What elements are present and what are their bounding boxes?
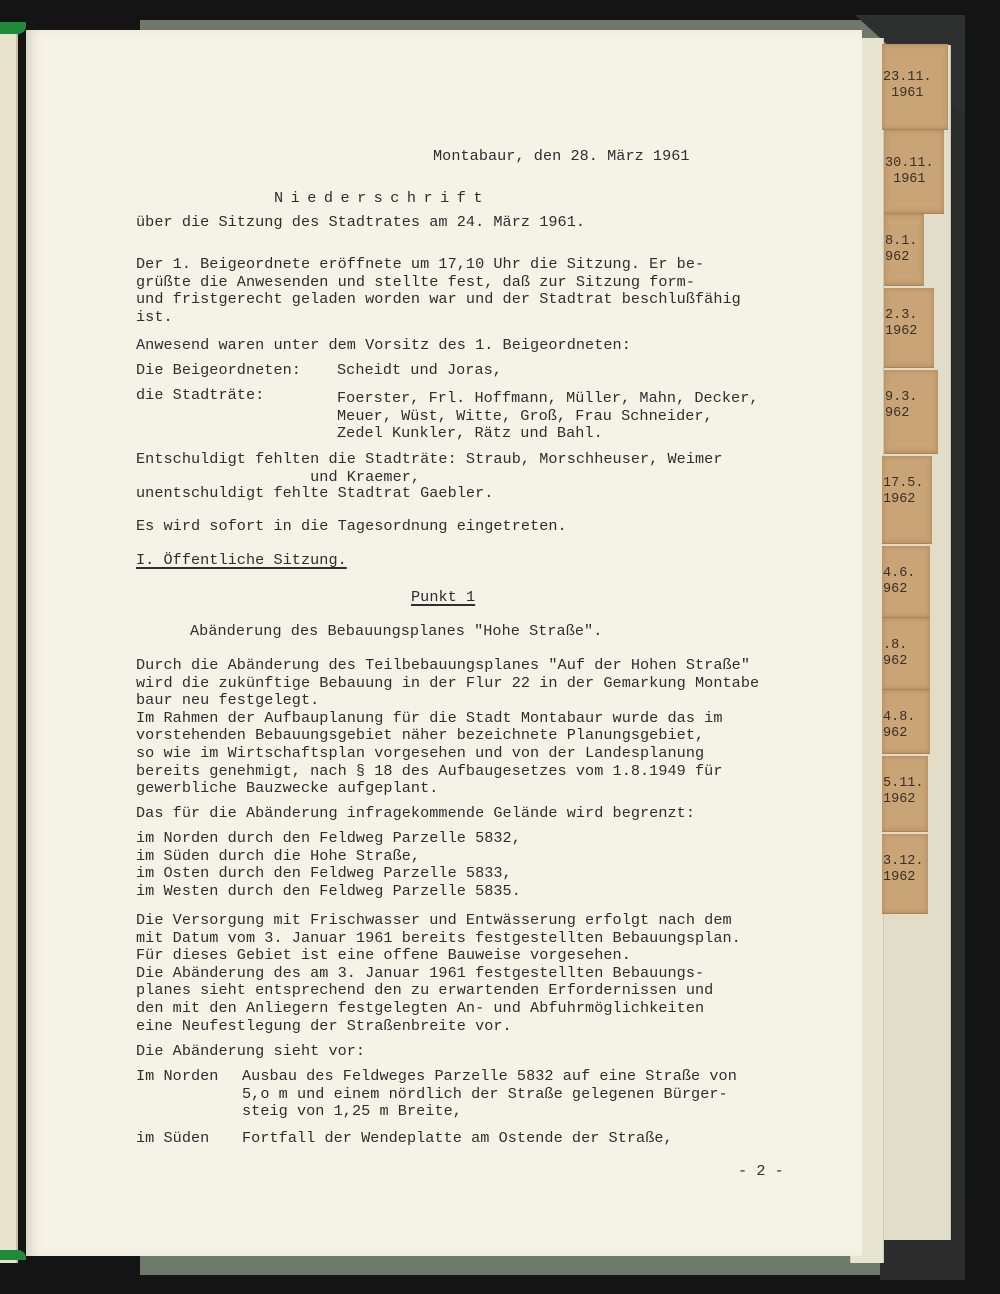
item-title: Abänderung des Bebauungsplanes "Hohe Str… — [190, 623, 602, 641]
tab-year-line: 962 — [883, 582, 930, 598]
place-date: Montabaur, den 28. März 1961 — [433, 148, 690, 166]
deputies-label: Die Beigeordneten: — [136, 362, 301, 380]
date-tab[interactable]: .8.962 — [882, 618, 930, 690]
tab-date-line: 9.3. — [885, 390, 938, 406]
date-tab[interactable]: 23.11. 1961 — [882, 44, 948, 130]
agenda-start: Es wird sofort in die Tagesordnung einge… — [136, 518, 567, 536]
document-title: Niederschrift — [274, 190, 490, 208]
change-text-north: Ausbau des Feldweges Parzelle 5832 auf e… — [242, 1068, 737, 1121]
item-heading: Punkt 1 — [411, 589, 475, 607]
tab-date-line: 23.11. — [883, 70, 948, 86]
date-tab[interactable]: 4.6.962 — [882, 546, 930, 618]
date-tab[interactable]: 5.11.1962 — [882, 756, 928, 832]
date-tab[interactable]: 30.11. 1961 — [884, 130, 944, 214]
change-label-south: im Süden — [136, 1130, 209, 1148]
councillors-label: die Stadträte: — [136, 387, 264, 405]
change-label-north: Im Norden — [136, 1068, 218, 1086]
unexcused: unentschuldigt fehlte Stadtrat Gaebler. — [136, 485, 493, 503]
councillors-list: Foerster, Frl. Hoffmann, Müller, Mahn, D… — [337, 390, 759, 443]
tab-year-line: 1961 — [885, 172, 944, 188]
date-tab[interactable]: 9.3.962 — [884, 370, 938, 454]
deputies-value: Scheidt und Joras, — [337, 362, 502, 380]
date-tab[interactable]: 4.8.962 — [882, 690, 930, 754]
excused-list: Entschuldigt fehlten die Stadträte: Stra… — [136, 451, 723, 486]
left-page-edge — [0, 28, 18, 1263]
tab-date-line: 30.11. — [885, 156, 944, 172]
page-number: - 2 - — [738, 1163, 784, 1181]
change-text-south: Fortfall der Wendeplatte am Ostende der … — [242, 1130, 673, 1148]
paragraph-1: Durch die Abänderung des Teilbebauungspl… — [136, 657, 759, 798]
boundary-intro: Das für die Abänderung infragekommende G… — [136, 805, 695, 823]
date-tab[interactable]: 8.1.962 — [884, 214, 924, 286]
tab-date-line: 8.1. — [885, 234, 924, 250]
date-tab[interactable]: 17.5.1962 — [882, 456, 932, 544]
tab-date-line: 4.6. — [883, 566, 930, 582]
tab-date-line: 2.3. — [885, 308, 934, 324]
date-tab[interactable]: 2.3.1962 — [884, 288, 934, 368]
tab-year-line: 962 — [883, 654, 930, 670]
tab-date-line: 5.11. — [883, 776, 928, 792]
tab-date-line: 4.8. — [883, 710, 930, 726]
tab-year-line: 1961 — [883, 86, 948, 102]
tab-date-line: .8. — [883, 638, 930, 654]
opening-paragraph: Der 1. Beigeordnete eröffnete um 17,10 U… — [136, 256, 741, 326]
tab-year-line: 1962 — [883, 492, 932, 508]
bookmark-ribbon — [0, 1250, 26, 1260]
bookmark-ribbon — [0, 22, 26, 34]
tab-year-line: 1962 — [883, 870, 928, 886]
boundary-list: im Norden durch den Feldweg Parzelle 583… — [136, 830, 521, 900]
present-intro: Anwesend waren unter dem Vorsitz des 1. … — [136, 337, 631, 355]
tab-date-line: 3.12. — [883, 854, 928, 870]
paragraph-2: Die Versorgung mit Frischwasser und Entw… — [136, 912, 741, 1035]
tab-year-line: 962 — [883, 726, 930, 742]
tab-year-line: 1962 — [883, 792, 928, 808]
changes-intro: Die Abänderung sieht vor: — [136, 1043, 365, 1061]
tab-year-line: 962 — [885, 406, 938, 422]
tab-year-line: 962 — [885, 250, 924, 266]
tab-date-line: 17.5. — [883, 476, 932, 492]
tab-year-line: 1962 — [885, 324, 934, 340]
section-heading: I. Öffentliche Sitzung. — [136, 552, 347, 570]
date-tab[interactable]: 3.12.1962 — [882, 834, 928, 914]
document-page: Montabaur, den 28. März 1961 Niederschri… — [26, 30, 862, 1256]
document-subtitle: über die Sitzung des Stadtrates am 24. M… — [136, 214, 585, 232]
